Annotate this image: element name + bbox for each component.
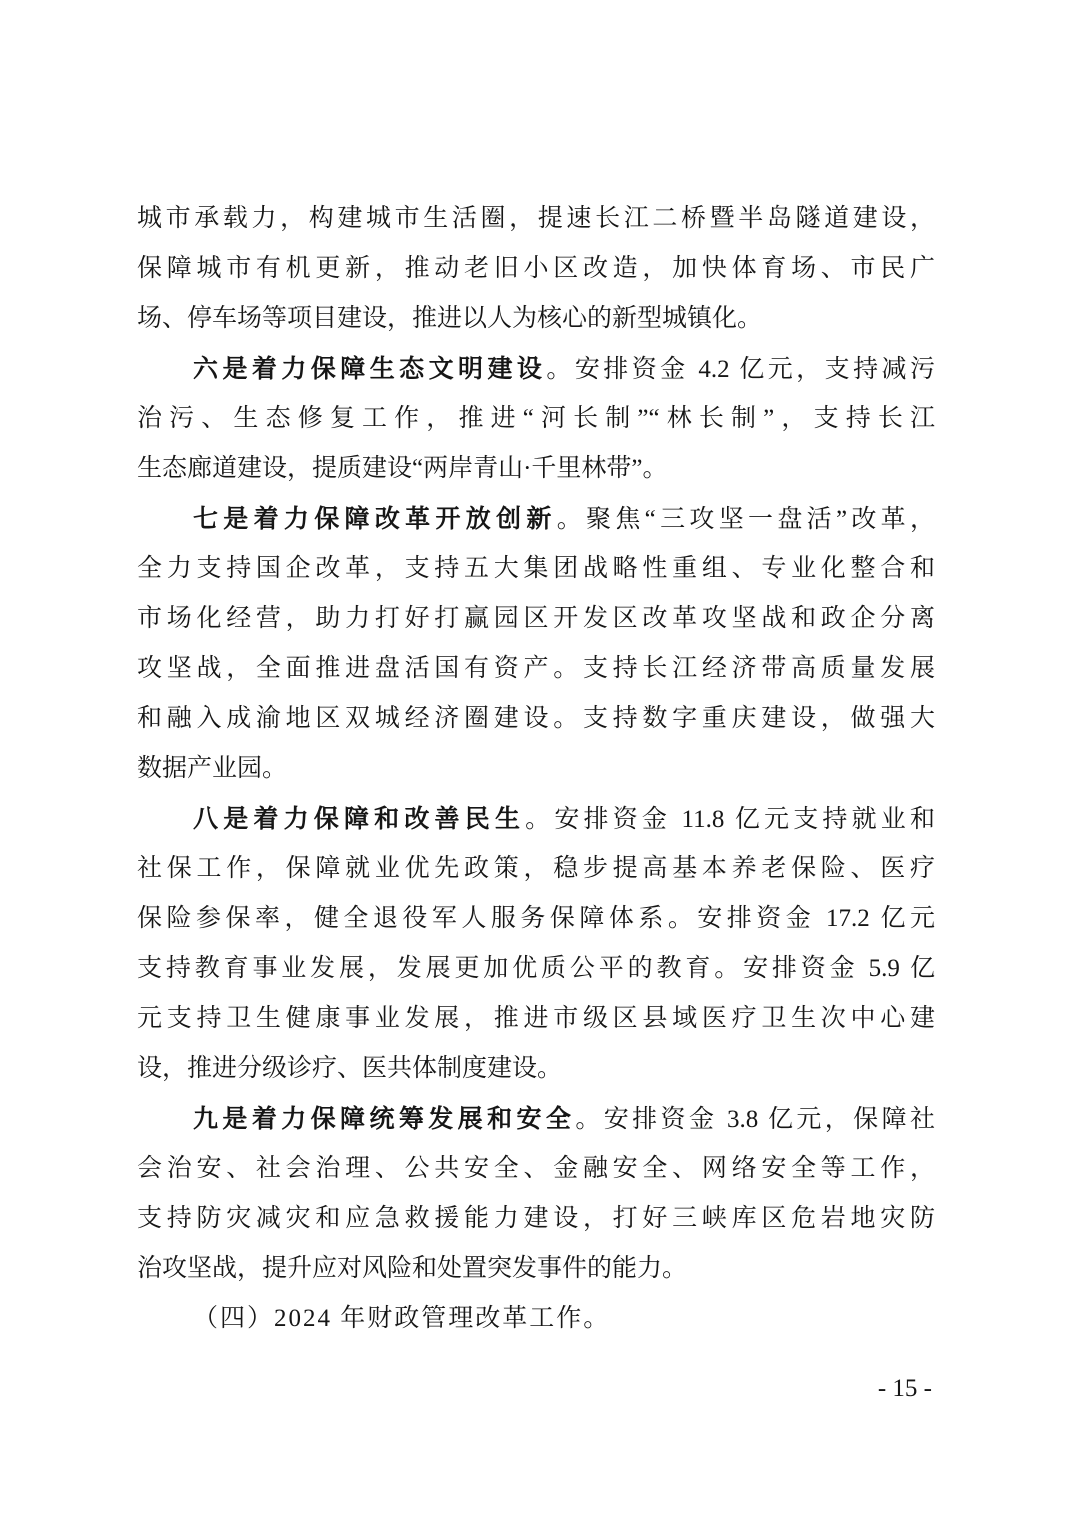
para-seven-reform-line: 七是着力保障改革开放创新。聚焦“三攻坚一盘活”改革，	[137, 494, 935, 544]
para-eight-livelihood-line: 元支持卫生健康事业发展，推进市级区县域医疗卫生次中心建	[137, 994, 935, 1044]
body-text: 保险参保率，健全退役军人服务保障体系。安排资金 17.2 亿元	[137, 905, 935, 932]
body-text: （四）2024 年财政管理改革工作。	[193, 1305, 610, 1332]
para-seven-reform-line: 全力支持国企改革，支持五大集团战略性重组、专业化整合和	[137, 544, 935, 594]
body-text: 和融入成渝地区双城经济圈建设。支持数字重庆建设，做强大	[137, 705, 935, 732]
page-number: - 15 -	[878, 1374, 932, 1404]
para-eight-livelihood-line: 保险参保率，健全退役军人服务保障体系。安排资金 17.2 亿元	[137, 894, 935, 944]
para-eight-livelihood-line: 支持教育事业发展，发展更加优质公平的教育。安排资金 5.9 亿	[137, 944, 935, 994]
body-text: 生态廊道建设，提质建设“两岸青山·千里林带”。	[137, 455, 668, 482]
para-section-four-heading-line: （四）2024 年财政管理改革工作。	[137, 1294, 935, 1344]
section-heading-bold: 九是着力保障统筹发展和安全	[193, 1104, 575, 1133]
body-text: 数据产业园。	[137, 755, 287, 782]
section-heading-bold: 七是着力保障改革开放创新	[193, 504, 557, 533]
para-six-ecology-line: 治污、生态修复工作，推进“河长制”“林长制”，支持长江	[137, 394, 935, 444]
para-eight-livelihood-line: 八是着力保障和改善民生。安排资金 11.8 亿元支持就业和	[137, 794, 935, 844]
para-urban-continuation-line: 保障城市有机更新，推动老旧小区改造，加快体育场、市民广	[137, 244, 935, 294]
document-page: 城市承载力，构建城市生活圈，提速长江二桥暨半岛隧道建设，保障城市有机更新，推动老…	[0, 0, 1069, 1514]
para-seven-reform-line: 和融入成渝地区双城经济圈建设。支持数字重庆建设，做强大	[137, 694, 935, 744]
para-six-ecology-line: 六是着力保障生态文明建设。安排资金 4.2 亿元，支持减污	[137, 344, 935, 394]
body-text: 场、停车场等项目建设，推进以人为核心的新型城镇化。	[137, 305, 762, 332]
body-text: 。安排资金 4.2 亿元，支持减污	[546, 356, 935, 383]
para-nine-security-line: 支持防灾减灾和应急救援能力建设，打好三峡库区危岩地灾防	[137, 1194, 935, 1244]
para-eight-livelihood-line: 社保工作，保障就业优先政策，稳步提高基本养老保险、医疗	[137, 844, 935, 894]
body-text: 设，推进分级诊疗、医共体制度建设。	[137, 1055, 562, 1082]
body-text: 攻坚战，全面推进盘活国有资产。支持长江经济带高质量发展	[137, 655, 935, 682]
body-text: 。安排资金 3.8 亿元，保障社	[575, 1106, 935, 1133]
body-text: 。聚焦“三攻坚一盘活”改革，	[557, 506, 935, 533]
para-nine-security-line: 九是着力保障统筹发展和安全。安排资金 3.8 亿元，保障社	[137, 1094, 935, 1144]
body-text: 保障城市有机更新，推动老旧小区改造，加快体育场、市民广	[137, 255, 935, 282]
body-text: 全力支持国企改革，支持五大集团战略性重组、专业化整合和	[137, 555, 935, 582]
document-body: 城市承载力，构建城市生活圈，提速长江二桥暨半岛隧道建设，保障城市有机更新，推动老…	[137, 194, 935, 1344]
section-heading-bold: 六是着力保障生态文明建设	[193, 354, 546, 383]
body-text: 元支持卫生健康事业发展，推进市级区县域医疗卫生次中心建	[137, 1005, 935, 1032]
para-seven-reform-line: 数据产业园。	[137, 744, 935, 794]
para-seven-reform-line: 市场化经营，助力打好打赢园区开发区改革攻坚战和政企分离	[137, 594, 935, 644]
para-urban-continuation-line: 城市承载力，构建城市生活圈，提速长江二桥暨半岛隧道建设，	[137, 194, 935, 244]
body-text: 。安排资金 11.8 亿元支持就业和	[525, 806, 935, 833]
body-text: 社保工作，保障就业优先政策，稳步提高基本养老保险、医疗	[137, 855, 935, 882]
para-eight-livelihood-line: 设，推进分级诊疗、医共体制度建设。	[137, 1044, 935, 1094]
para-nine-security-line: 会治安、社会治理、公共安全、金融安全、网络安全等工作，	[137, 1144, 935, 1194]
para-seven-reform-line: 攻坚战，全面推进盘活国有资产。支持长江经济带高质量发展	[137, 644, 935, 694]
body-text: 治攻坚战，提升应对风险和处置突发事件的能力。	[137, 1255, 687, 1282]
para-urban-continuation-line: 场、停车场等项目建设，推进以人为核心的新型城镇化。	[137, 294, 935, 344]
section-heading-bold: 八是着力保障和改善民生	[193, 804, 525, 833]
body-text: 支持防灾减灾和应急救援能力建设，打好三峡库区危岩地灾防	[137, 1205, 935, 1232]
para-six-ecology-line: 生态廊道建设，提质建设“两岸青山·千里林带”。	[137, 444, 935, 494]
body-text: 会治安、社会治理、公共安全、金融安全、网络安全等工作，	[137, 1155, 935, 1182]
para-nine-security-line: 治攻坚战，提升应对风险和处置突发事件的能力。	[137, 1244, 935, 1294]
body-text: 支持教育事业发展，发展更加优质公平的教育。安排资金 5.9 亿	[137, 955, 935, 982]
body-text: 治污、生态修复工作，推进“河长制”“林长制”，支持长江	[137, 405, 935, 432]
body-text: 市场化经营，助力打好打赢园区开发区改革攻坚战和政企分离	[137, 605, 935, 632]
body-text: 城市承载力，构建城市生活圈，提速长江二桥暨半岛隧道建设，	[137, 205, 935, 232]
